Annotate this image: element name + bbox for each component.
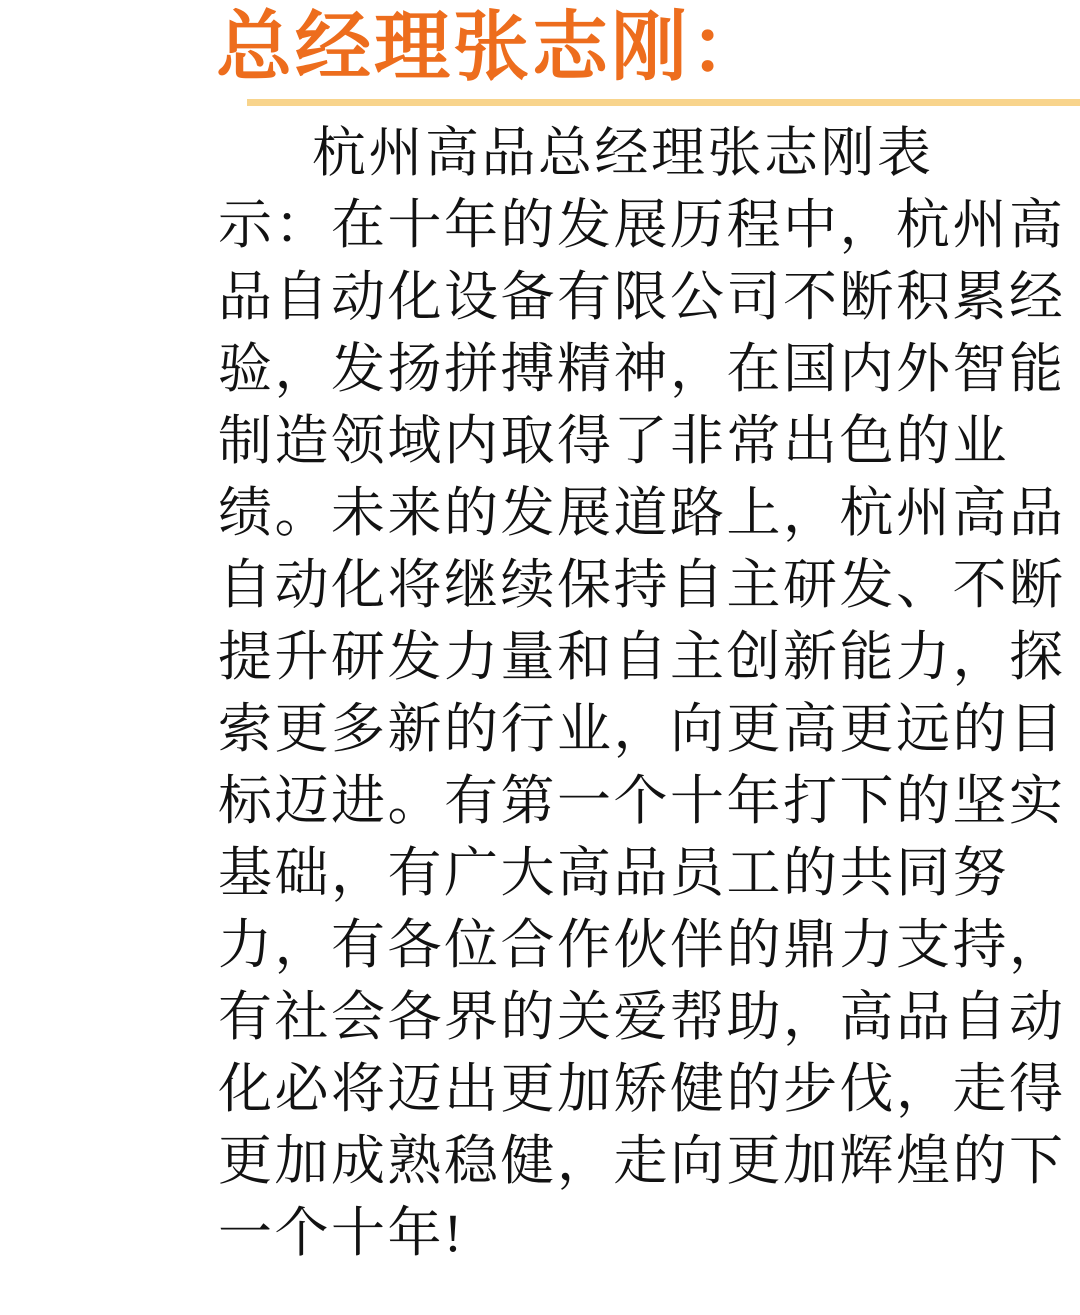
article-body: 杭州高品总经理张志刚表 示：在十年的发展历程中，杭州高 品自动化设备有限公司不断… <box>218 117 1074 1269</box>
paragraph-line: 自动化将继续保持自主研发、不断 <box>218 549 1074 621</box>
paragraph-line: 标迈进。有第一个十年打下的坚实 <box>218 765 1074 837</box>
paragraph-line: 制造领域内取得了非常出色的业 <box>218 405 1074 477</box>
paragraph-line: 基础，有广大高品员工的共同努 <box>218 837 1074 909</box>
paragraph-line: 有社会各界的关爱帮助，高品自动 <box>218 981 1074 1053</box>
paragraph-line: 化必将迈出更加矫健的步伐，走得 <box>218 1053 1074 1125</box>
article-page: 总经理张志刚： 杭州高品总经理张志刚表 示：在十年的发展历程中，杭州高 品自动化… <box>0 0 1080 1315</box>
paragraph-line: 品自动化设备有限公司不断积累经 <box>218 261 1074 333</box>
paragraph-line: 验，发扬拼搏精神，在国内外智能 <box>218 333 1074 405</box>
paragraph-line: 索更多新的行业，向更高更远的目 <box>218 693 1074 765</box>
paragraph-line: 力，有各位合作伙伴的鼎力支持， <box>218 909 1074 981</box>
paragraph-line: 杭州高品总经理张志刚表 <box>218 117 1074 189</box>
paragraph-line: 绩。未来的发展道路上，杭州高品 <box>218 477 1074 549</box>
paragraph-line: 更加成熟稳健，走向更加辉煌的下 <box>218 1125 1074 1197</box>
title-underline-rule <box>247 99 1080 106</box>
paragraph-line: 一个十年! <box>218 1197 1074 1269</box>
paragraph-line: 提升研发力量和自主创新能力，探 <box>218 621 1074 693</box>
paragraph-line: 示：在十年的发展历程中，杭州高 <box>218 189 1074 261</box>
section-title: 总经理张志刚： <box>216 0 769 96</box>
